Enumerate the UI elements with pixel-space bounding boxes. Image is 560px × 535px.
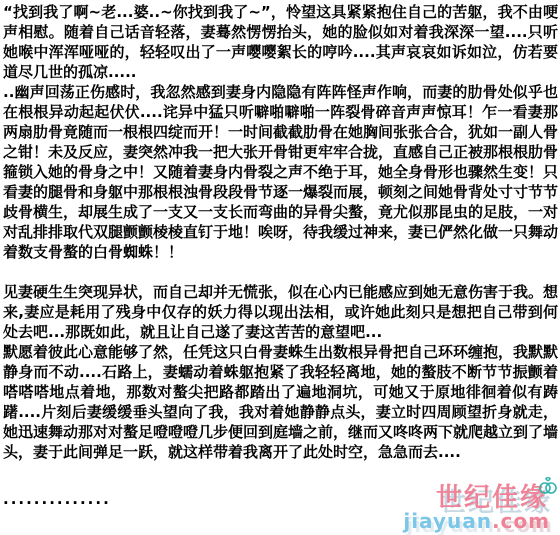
jiayuan-watermark: 世纪佳缘 jiayuan.com [420,478,558,535]
story-paragraph-3: 见妻硬生生突现异状，而自己却并无慌张，似在心内已能感应到她无意伤害于我。想来,妻… [3,282,558,342]
story-paragraph-4: 默愿着彼此心意能够了然，任凭这只白骨妻蛛生出数根异骨把自己环环缠抱，我默默静身而… [3,342,558,462]
jiayuan-domain-tld: .com [492,509,550,533]
jiayuan-domain-name: jiayuan [403,509,492,533]
story-text-block: “找到我了啊~老...婆..~你找到我了~”，怜望这具紧紧抱住自己的苦躯，我不由… [0,0,560,509]
story-paragraph-2: ..幽声回荡正伤感时，我忽然感到妻身内隐隐有阵阵怪声作响，而妻的肋骨处似乎也在根… [3,82,558,262]
jiayuan-logo-chinese: 世纪佳缘 [436,485,548,511]
page: { "document": { "paragraphs": [ { "text"… [0,0,560,535]
jiayuan-logo-domain: jiayuan.com [403,511,550,531]
wedding-rings-icon [538,476,558,496]
story-document: “找到我了啊~老...婆..~你找到我了~”，怜望这具紧紧抱住自己的苦躯，我不由… [0,0,560,535]
story-paragraph-1: “找到我了啊~老...婆..~你找到我了~”，怜望这具紧紧抱住自己的苦躯，我不由… [3,2,558,82]
